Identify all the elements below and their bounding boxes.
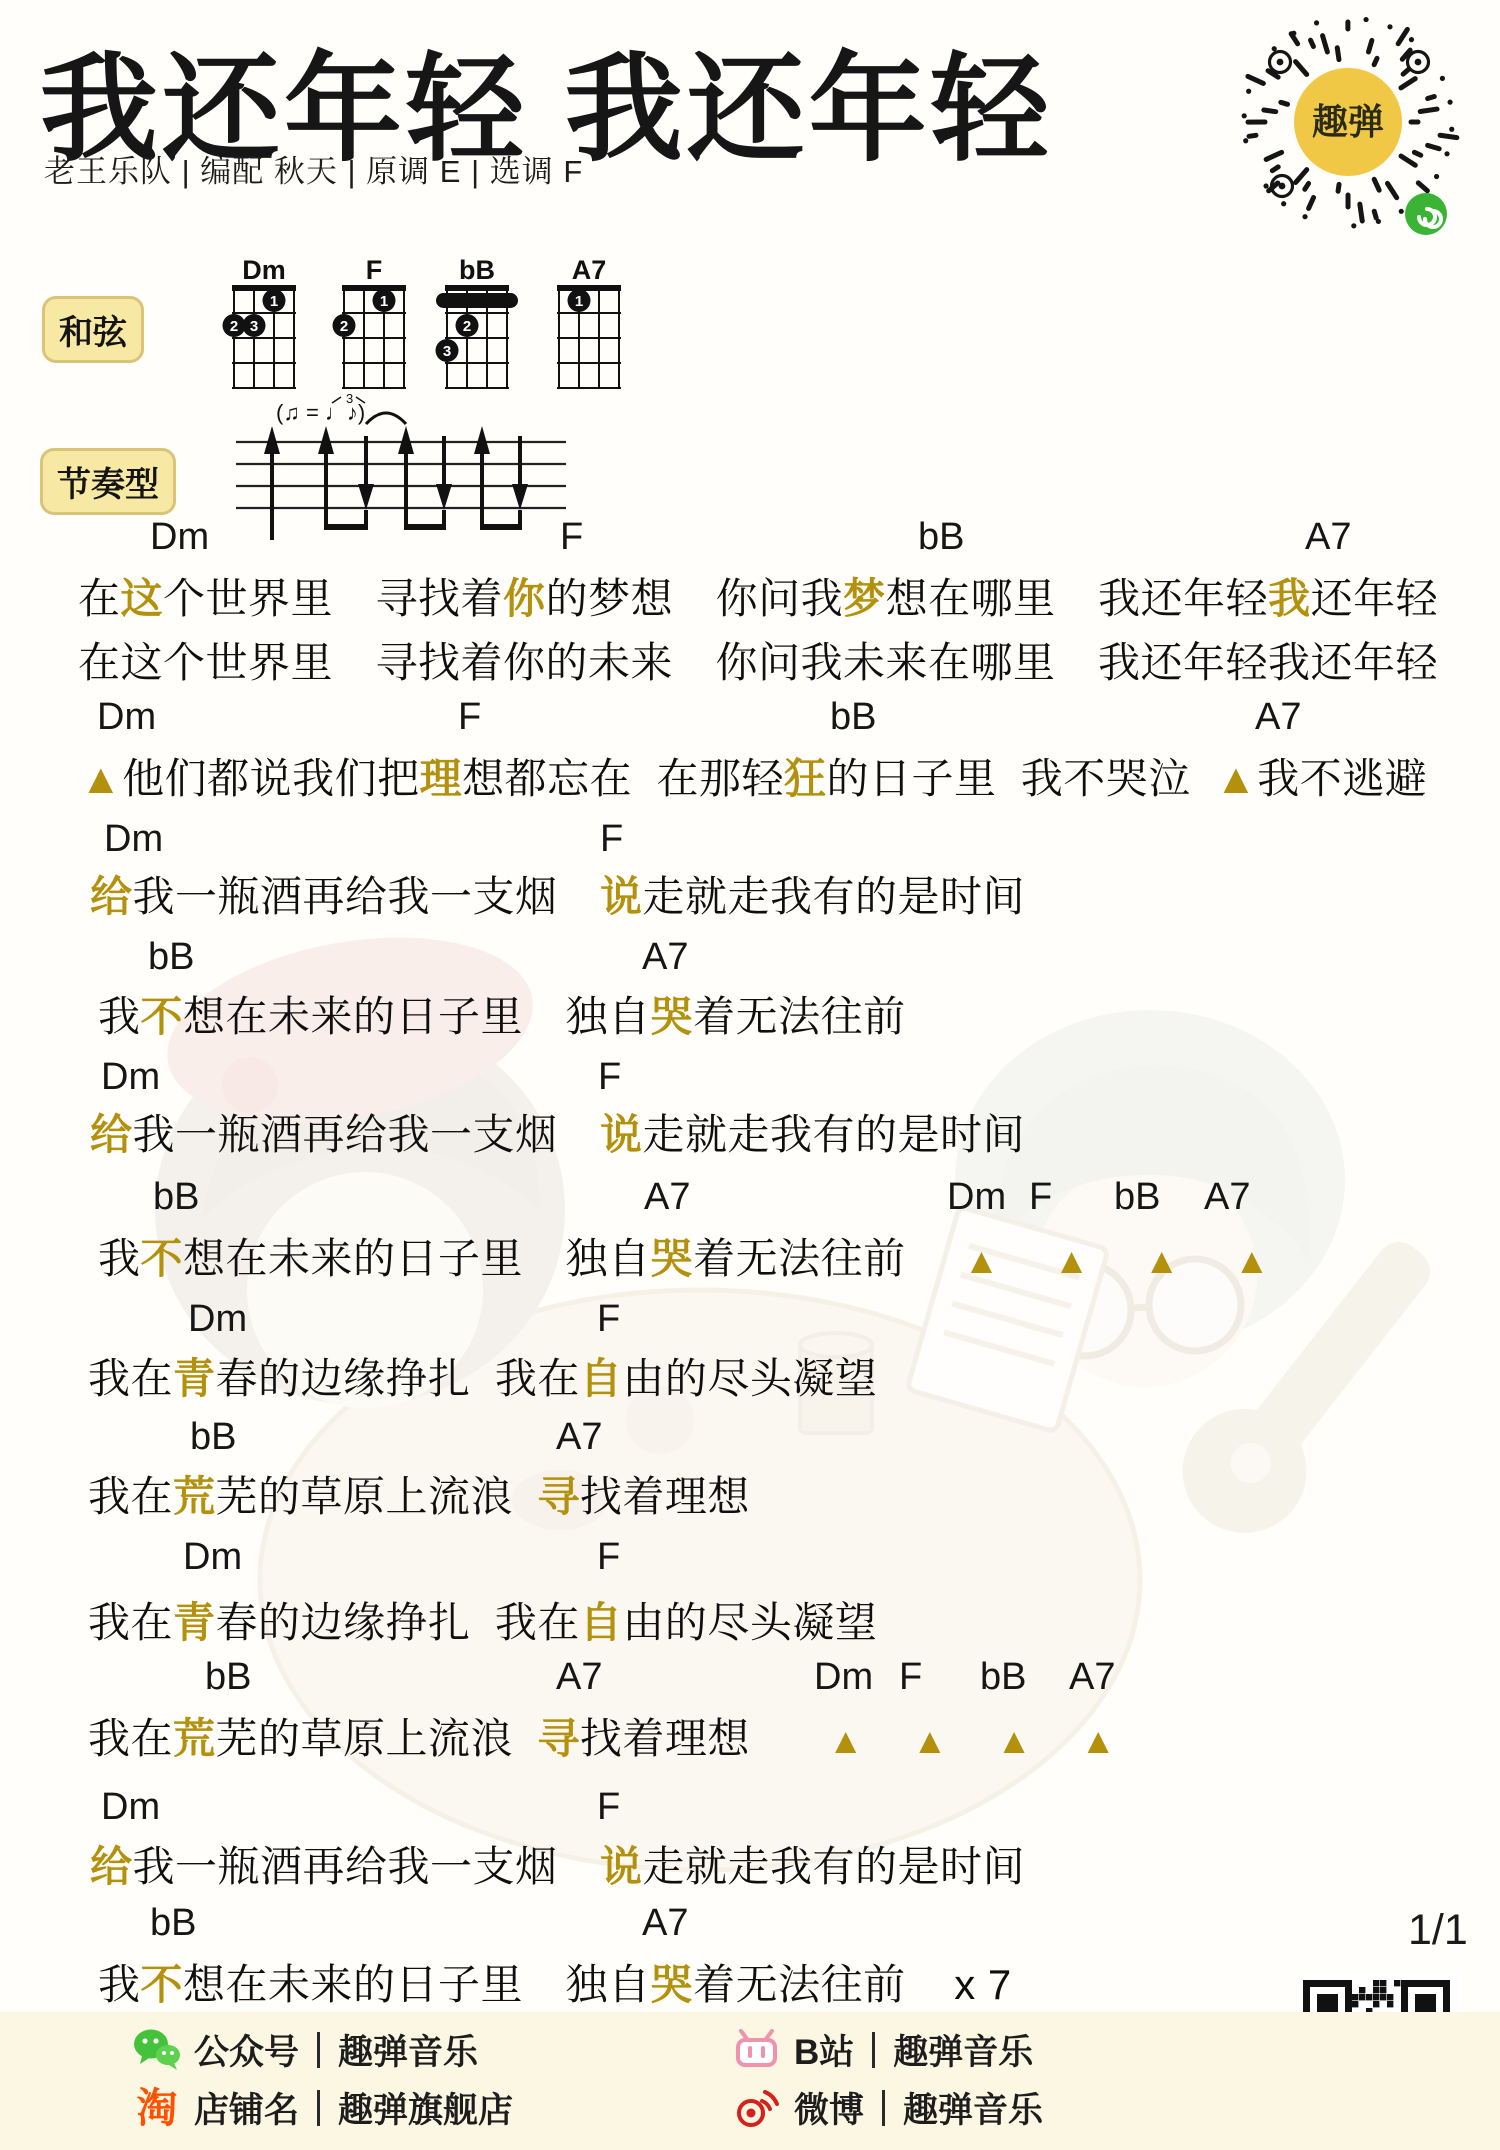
chord-label: A7 xyxy=(556,1416,602,1459)
chord-label: A7 xyxy=(1069,1656,1115,1699)
chord-label: Dm xyxy=(97,696,156,739)
chord-label: A7 xyxy=(1255,696,1301,739)
chord-label: F xyxy=(597,1536,620,1579)
rhythm-section-label: 节奏型 xyxy=(40,448,176,515)
chord-label: F xyxy=(597,1298,620,1341)
lyric-segment: ▲ xyxy=(1215,755,1257,802)
lyric-line: 我不想在未来的日子里 独自哭着无法往前▲▲▲▲ xyxy=(98,1226,1270,1286)
chord-label: bB xyxy=(153,1176,199,1219)
lyric-line: 给我一瓶酒再给我一支烟 说走就走我有的是时间 xyxy=(90,1102,1025,1162)
footer-account-name: 趣弹音乐 xyxy=(903,2083,1043,2133)
chord-label: F xyxy=(600,818,623,861)
lyric-segment: 给 xyxy=(90,1843,133,1890)
lyric-segment: 寻 xyxy=(537,1473,580,1520)
chord-label: Dm xyxy=(150,516,209,559)
lyric-segment: 不 xyxy=(141,1961,184,2008)
lyric-segment: 想在未来的日子里 独自 xyxy=(183,1961,651,2008)
lyric-segment: 我一瓶酒再给我一支烟 xyxy=(133,873,601,920)
lyric-segment: 走就走我有的是时间 xyxy=(643,873,1026,920)
lyric-segment: 说 xyxy=(600,1111,643,1158)
lyric-segment: 荒 xyxy=(173,1715,216,1762)
lyric-line: 在这个世界里 寻找着你的未来 你问我未来在哪里 我还年轻我还年轻 xyxy=(78,630,1438,690)
lyric-line: 我不想在未来的日子里 独自哭着无法往前 xyxy=(98,984,906,1044)
footer-item-taobao: 淘店铺名趣弹旗舰店 xyxy=(132,2082,513,2134)
lyric-segment: x 7 xyxy=(906,1961,1012,2008)
chord-label: Dm xyxy=(188,1298,247,1341)
lyric-segment: 芜的草原上流浪 xyxy=(216,1473,538,1520)
chord-label: A7 xyxy=(642,1902,688,1945)
lyric-segment: 还年轻 xyxy=(1311,575,1439,622)
svg-text:A7: A7 xyxy=(572,256,607,285)
chord-row: bBA7DmFbBA7 xyxy=(0,1656,1500,1704)
lyric-segment: 春的边缘挣扎 我在 xyxy=(216,1355,580,1402)
lyric-segment: 梦 xyxy=(843,575,886,622)
lyric-line: 我在青春的边缘挣扎 我在自由的尽头凝望 xyxy=(88,1590,877,1650)
chord-row: DmFbBA7 xyxy=(0,696,1500,744)
svg-text:3: 3 xyxy=(346,391,353,406)
lyric-segment: 在这个世界里 寻找着你的未来 你问我未来在哪里 我还年轻我还年轻 xyxy=(78,639,1438,686)
footer-platform-label: 公众号 xyxy=(194,2025,299,2075)
lyric-segment: ▲ xyxy=(80,755,122,802)
chord-label: bB xyxy=(190,1416,236,1459)
chord-row: bBA7 xyxy=(0,1416,1500,1464)
svg-text:Dm: Dm xyxy=(242,256,286,285)
chord-label: F xyxy=(1029,1176,1052,1219)
strum-triangle-mark: ▲ xyxy=(912,1720,948,1762)
svg-text:F: F xyxy=(366,256,383,285)
strum-triangle-mark: ▲ xyxy=(828,1720,864,1762)
chord-label: Dm xyxy=(101,1786,160,1829)
lyric-segment: 我一瓶酒再给我一支烟 xyxy=(133,1111,601,1158)
chord-row: DmF xyxy=(0,1536,1500,1584)
chord-label: F xyxy=(458,696,481,739)
chord-label: Dm xyxy=(814,1656,873,1699)
lyric-segment: 我 xyxy=(98,1235,141,1282)
footer-divider xyxy=(872,2032,875,2068)
lyric-line: 给我一瓶酒再给我一支烟 说走就走我有的是时间 xyxy=(90,864,1025,924)
lyric-line: 我在青春的边缘挣扎 我在自由的尽头凝望 xyxy=(88,1346,877,1406)
lyric-segment: 我在 xyxy=(88,1599,173,1646)
chord-label: bB xyxy=(918,516,964,559)
lyric-segment: 在 xyxy=(78,575,121,622)
lyric-segment: 着无法往前 xyxy=(693,1961,906,2008)
chord-label: F xyxy=(899,1656,922,1699)
taobao-icon: 淘 xyxy=(137,2088,178,2129)
lyric-segment: 这 xyxy=(121,575,164,622)
chord-label: F xyxy=(598,1056,621,1099)
chord-label: Dm xyxy=(947,1176,1006,1219)
lyric-segment: 哭 xyxy=(651,993,694,1040)
chord-label: A7 xyxy=(1305,516,1351,559)
lyric-segment: 想在未来的日子里 独自 xyxy=(183,993,651,1040)
lyric-line: 在这个世界里 寻找着你的梦想 你问我梦想在哪里 我还年轻我还年轻 xyxy=(78,566,1438,626)
lyric-segment: 想在哪里 我还年轻 xyxy=(886,575,1269,622)
svg-text:2: 2 xyxy=(340,318,348,335)
sheet-page: 我还年轻 我还年轻 老王乐队 | 编配 秋天 | 原调 E | 选调 F 和弦 … xyxy=(0,0,1500,2150)
lyric-segment: 我一瓶酒再给我一支烟 xyxy=(133,1843,601,1890)
lyric-segment: 自 xyxy=(580,1355,623,1402)
wechat-icon xyxy=(132,2027,182,2073)
weibo-icon xyxy=(732,2085,782,2131)
chord-row: bBA7 xyxy=(0,936,1500,984)
bilibili-icon xyxy=(732,2027,782,2073)
footer-divider xyxy=(317,2090,320,2126)
svg-text:2: 2 xyxy=(463,318,471,335)
svg-text:1: 1 xyxy=(380,293,388,310)
svg-text:1: 1 xyxy=(575,293,583,310)
footer-item-weibo: 微博趣弹音乐 xyxy=(732,2082,1043,2134)
lyric-segment: 由的尽头凝望 xyxy=(622,1355,877,1402)
bilibili-icon-wrap xyxy=(732,2027,782,2073)
lyric-segment: 给 xyxy=(90,1111,133,1158)
lyric-segment: 我在 xyxy=(88,1355,173,1402)
lyric-segment: 的日子里 我不哭泣 xyxy=(826,755,1215,802)
lyric-line: 我在荒芜的草原上流浪 寻找着理想▲▲▲▲ xyxy=(88,1706,1116,1766)
lyric-segment: 我在 xyxy=(88,1715,173,1762)
chord-diagram-F: F12 xyxy=(322,256,428,402)
lyric-segment: 春的边缘挣扎 我在 xyxy=(216,1599,580,1646)
svg-text:1: 1 xyxy=(270,293,278,310)
lyric-segment: 我 xyxy=(1268,575,1311,622)
footer-divider xyxy=(882,2090,885,2126)
weibo-icon-wrap xyxy=(732,2085,782,2131)
footer-item-wechat: 公众号趣弹音乐 xyxy=(132,2024,478,2076)
wechat-icon-wrap xyxy=(132,2027,182,2073)
lyric-segment: 个世界里 寻找着 xyxy=(163,575,503,622)
lyric-segment: 哭 xyxy=(651,1961,694,2008)
lyric-segment: 自 xyxy=(580,1599,623,1646)
footer-account-name: 趣弹音乐 xyxy=(338,2025,478,2075)
chord-label: F xyxy=(597,1786,620,1829)
lyric-segment: 给 xyxy=(90,873,133,920)
lyric-segment: 找着理想 xyxy=(580,1473,750,1520)
chord-diagram-bB: bB23 xyxy=(425,256,531,402)
chord-row: DmF xyxy=(0,818,1500,866)
svg-text:3: 3 xyxy=(250,318,258,335)
chord-label: A7 xyxy=(644,1176,690,1219)
lyric-segment: 我 xyxy=(98,1961,141,2008)
lyric-segment: 的梦想 你问我 xyxy=(546,575,844,622)
strum-triangle-mark: ▲ xyxy=(1234,1240,1270,1282)
chord-row: DmFbBA7 xyxy=(0,516,1500,564)
lyric-segment: 青 xyxy=(173,1355,216,1402)
lyric-segment: 狂 xyxy=(784,755,827,802)
footer-account-name: 趣弹音乐 xyxy=(893,2025,1033,2075)
chord-label: Dm xyxy=(104,818,163,861)
lyric-segment: 荒 xyxy=(173,1473,216,1520)
taobao-icon-wrap: 淘 xyxy=(132,2085,182,2131)
chord-row: DmF xyxy=(0,1298,1500,1346)
lyric-segment: 你 xyxy=(503,575,546,622)
svg-text:趣弹: 趣弹 xyxy=(1312,101,1384,142)
footer-platform-label: 店铺名 xyxy=(194,2083,299,2133)
lyric-segment: 芜的草原上流浪 xyxy=(216,1715,538,1762)
strum-triangle-mark: ▲ xyxy=(964,1240,1000,1282)
lyric-segment: 他们都说我们把 xyxy=(122,755,420,802)
lyric-segment: 理 xyxy=(420,755,463,802)
footer-platform-label: 微博 xyxy=(794,2083,864,2133)
lyric-segment: 着无法往前 xyxy=(693,993,906,1040)
chord-label: bB xyxy=(148,936,194,979)
lyric-segment: 由的尽头凝望 xyxy=(622,1599,877,1646)
lyric-segment: 说 xyxy=(600,1843,643,1890)
chord-row: bBA7DmFbBA7 xyxy=(0,1176,1500,1224)
chord-row: DmF xyxy=(0,1056,1500,1104)
lyric-segment: 找着理想 xyxy=(580,1715,750,1762)
song-meta: 老王乐队 | 编配 秋天 | 原调 E | 选调 F xyxy=(44,146,583,191)
chord-label: Dm xyxy=(183,1536,242,1579)
strum-triangle-mark: ▲ xyxy=(1080,1720,1116,1762)
page-number: 1/1 xyxy=(1408,1906,1468,1955)
footer-account-name: 趣弹旗舰店 xyxy=(338,2083,513,2133)
chord-label: A7 xyxy=(642,936,688,979)
footer-divider xyxy=(317,2032,320,2068)
lyric-segment: 青 xyxy=(173,1599,216,1646)
chord-label: bB xyxy=(1114,1176,1160,1219)
lyric-line: 给我一瓶酒再给我一支烟 说走就走我有的是时间 xyxy=(90,1834,1025,1894)
chord-label: bB xyxy=(205,1656,251,1699)
chord-label: bB xyxy=(830,696,876,739)
chord-label: bB xyxy=(150,1902,196,1945)
lyric-segment: 走就走我有的是时间 xyxy=(643,1111,1026,1158)
lyric-segment: 我不逃避 xyxy=(1257,755,1427,802)
chords-section-label: 和弦 xyxy=(42,296,144,363)
strum-triangle-mark: ▲ xyxy=(996,1720,1032,1762)
lyric-segment: 着无法往前 xyxy=(693,1235,906,1282)
lyric-segment: 我在 xyxy=(88,1473,173,1520)
lyric-line: 我不想在未来的日子里 独自哭着无法往前 x 7 xyxy=(98,1952,1012,2012)
chord-row: DmF xyxy=(0,1786,1500,1834)
footer-item-bilibili: B站趣弹音乐 xyxy=(732,2024,1033,2076)
lyric-segment: 不 xyxy=(141,993,184,1040)
svg-text:2: 2 xyxy=(230,318,238,335)
lyric-segment: 走就走我有的是时间 xyxy=(643,1843,1026,1890)
strum-triangle-mark: ▲ xyxy=(1144,1240,1180,1282)
chord-diagram-A7: A71 xyxy=(537,256,643,402)
svg-text:bB: bB xyxy=(459,256,495,285)
chord-label: bB xyxy=(980,1656,1026,1699)
chord-label: A7 xyxy=(556,1656,602,1699)
strum-triangle-mark: ▲ xyxy=(1054,1240,1090,1282)
lyric-segment: 说 xyxy=(600,873,643,920)
lyric-line: ▲他们都说我们把理想都忘在 在那轻狂的日子里 我不哭泣 ▲我不逃避 xyxy=(80,746,1427,806)
chord-label: F xyxy=(560,516,583,559)
lyric-segment: 我 xyxy=(98,993,141,1040)
svg-text:3: 3 xyxy=(443,343,451,360)
lyric-line: 我在荒芜的草原上流浪 寻找着理想 xyxy=(88,1464,750,1524)
lyric-segment: 想在未来的日子里 独自 xyxy=(183,1235,651,1282)
chord-label: Dm xyxy=(101,1056,160,1099)
chord-diagram-Dm: Dm123 xyxy=(212,256,318,402)
chord-row: bBA7 xyxy=(0,1902,1500,1950)
lyric-segment: 想都忘在 在那轻 xyxy=(462,755,784,802)
footer-platform-label: B站 xyxy=(794,2025,854,2075)
lyric-segment: 哭 xyxy=(651,1235,694,1282)
footer-band: 公众号趣弹音乐淘店铺名趣弹旗舰店B站趣弹音乐微博趣弹音乐 xyxy=(0,2012,1500,2150)
miniprogram-code-graphic: 趣弹 xyxy=(1236,16,1466,246)
lyric-segment: 不 xyxy=(141,1235,184,1282)
chord-label: A7 xyxy=(1204,1176,1250,1219)
lyric-segment: 寻 xyxy=(537,1715,580,1762)
